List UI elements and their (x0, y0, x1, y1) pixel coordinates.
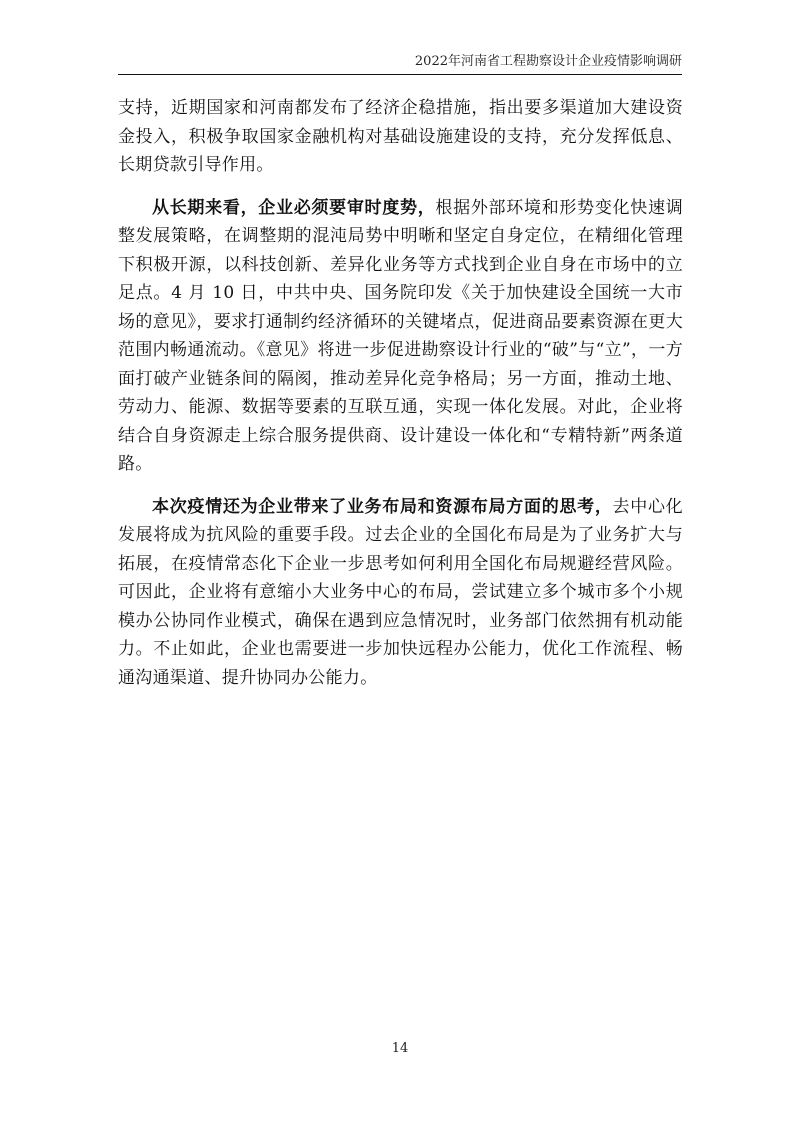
paragraph-text: 去中心化发展将成为抗风险的重要手段。过去企业的全国化布局是为了业务扩大与拓展，在… (118, 497, 683, 688)
paragraph-decentralization: 本次疫情还为企业带来了业务布局和资源布局方面的思考，去中心化发展将成为抗风险的重… (118, 493, 683, 693)
paragraph-text: 支持，近期国家和河南都发布了经济企稳措施，指出要多渠道加大建设资金投入，积极争取… (118, 98, 683, 175)
page-number: 14 (0, 1041, 800, 1056)
header-title: 2022年河南省工程勘察设计企业疫情影响调研 (415, 54, 682, 69)
document-body: 支持，近期国家和河南都发布了经济企稳措施，指出要多渠道加大建设资金投入，积极争取… (118, 94, 683, 706)
paragraph-lead-bold: 本次疫情还为企业带来了业务布局和资源布局方面的思考， (152, 497, 613, 517)
paragraph-continuation: 支持，近期国家和河南都发布了经济企稳措施，指出要多渠道加大建设资金投入，积极争取… (118, 94, 683, 180)
paragraph-long-term: 从长期来看，企业必须要审时度势，根据外部环境和形势变化快速调整发展策略，在调整期… (118, 194, 683, 479)
paragraph-text: 根据外部环境和形势变化快速调整发展策略，在调整期的混沌局势中明晰和坚定自身定位，… (118, 198, 683, 475)
running-header: 2022年河南省工程勘察设计企业疫情影响调研 (118, 52, 682, 75)
paragraph-lead-bold: 从长期来看，企业必须要审时度势， (152, 198, 435, 218)
